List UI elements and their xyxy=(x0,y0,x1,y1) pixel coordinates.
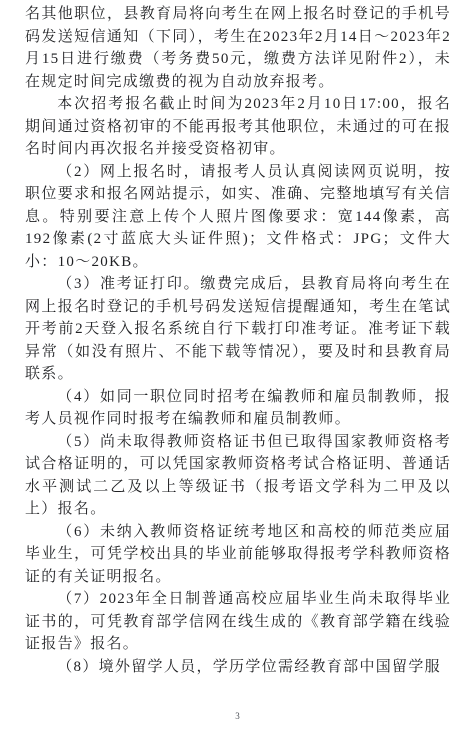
para-continued-payment-notice: 名其他职位，县教育局将向考生在网上报名时登记的手机号码发送短信通知（下同），考生… xyxy=(25,3,451,93)
para-item-8-overseas-students: （8）境外留学人员，学历学位需经教育部中国留学服 xyxy=(25,656,451,679)
para-item-7-2023-graduates: （7）2023年全日制普通高校应届毕业生尚未取得毕业证书的，可凭教育部学信网在线… xyxy=(25,588,451,656)
document-page: 名其他职位，县教育局将向考生在网上报名时登记的手机号码发送短信通知（下同），考生… xyxy=(0,0,475,730)
document-body: 名其他职位，县教育局将向考生在网上报名时登记的手机号码发送短信通知（下同），考生… xyxy=(25,3,451,678)
para-item-4-same-position-teachers: （4）如同一职位同时招考在编教师和雇员制教师，报考人员视作同时报考在编教师和雇员… xyxy=(25,386,451,431)
para-item-6-normal-school-graduates: （6）未纳入教师资格证统考地区和高校的师范类应届毕业生，可凭学校出具的毕业前能够… xyxy=(25,521,451,589)
para-registration-deadline: 本次招考报名截止时间为2023年2月10日17:00，报名期间通过资格初审的不能… xyxy=(25,93,451,161)
para-item-2-online-registration: （2）网上报名时，请报考人员认真阅读网页说明，按职位要求和报名网站提示，如实、准… xyxy=(25,161,451,274)
para-item-5-qualification-certificate: （5）尚未取得教师资格证书但已取得国家教师资格考试合格证明的，可以凭国家教师资格… xyxy=(25,431,451,521)
page-number: 3 xyxy=(0,711,475,721)
para-item-3-admission-ticket-printing: （3）准考证打印。缴费完成后，县教育局将向考生在网上报名时登记的手机号码发送短信… xyxy=(25,273,451,386)
